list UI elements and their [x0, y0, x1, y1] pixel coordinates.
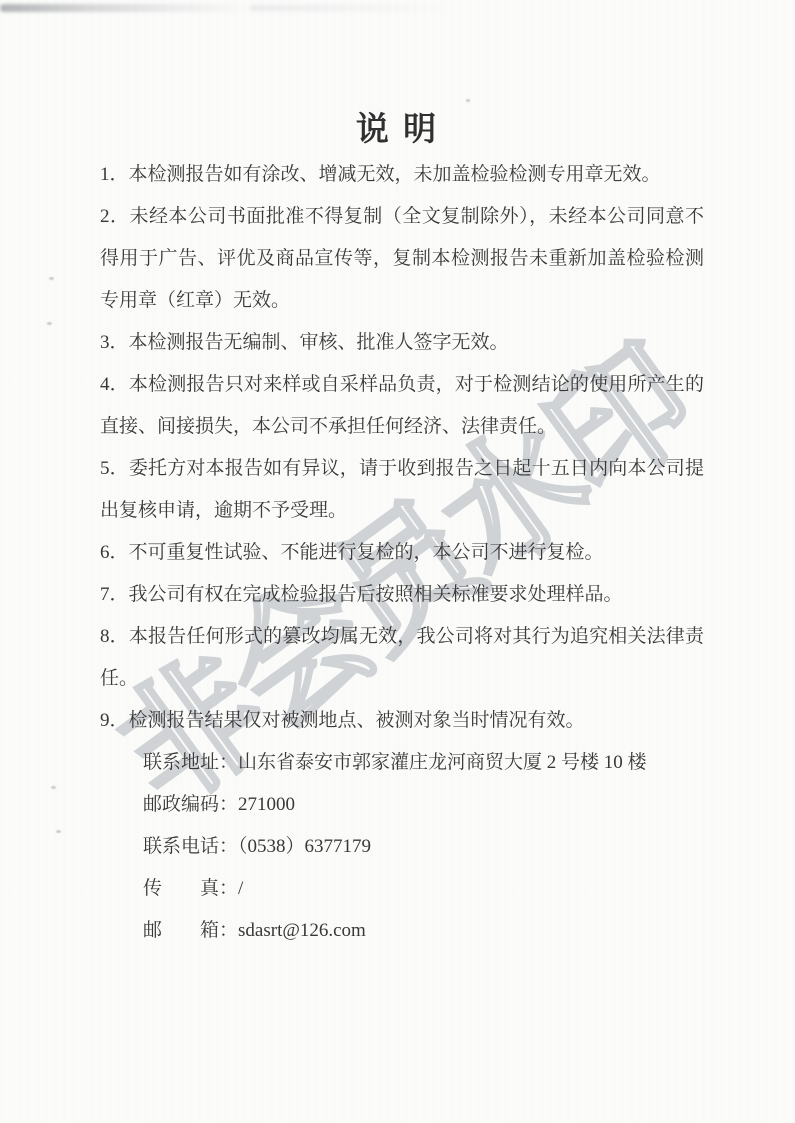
scan-speck: [51, 786, 56, 789]
contact-email-label: 邮 箱：: [143, 920, 238, 941]
note-item-4: 4．本检测报告只对来样或自采样品负责，对于检测结论的使用所产生的直接、间接损失，…: [100, 364, 704, 448]
note-item-9: 9．检测报告结果仅对被测地点、被测对象当时情况有效。: [100, 700, 704, 742]
contact-postcode: 邮政编码：271000: [143, 784, 740, 826]
contact-fax-label: 传 真：: [143, 878, 238, 899]
page-title: 说 明: [0, 103, 795, 150]
note-item-1: 1．本检测报告如有涂改、增减无效，未加盖检验检测专用章无效。: [100, 154, 704, 196]
notes-list: 1．本检测报告如有涂改、增减无效，未加盖检验检测专用章无效。 2．未经本公司书面…: [100, 154, 740, 742]
contact-address-label: 联系地址：: [143, 752, 238, 773]
contact-postcode-value: 271000: [238, 794, 295, 815]
scan-speck: [49, 277, 54, 280]
note-item-3: 3．本检测报告无编制、审核、批准人签字无效。: [100, 322, 704, 364]
contact-phone-value: （0538）6377179: [238, 836, 371, 857]
contact-info: 联系地址：山东省泰安市郭家灌庄龙河商贸大厦 2 号楼 10 楼 邮政编码：271…: [143, 742, 740, 952]
note-item-7: 7．我公司有权在完成检验报告后按照相关标准要求处理样品。: [100, 574, 704, 616]
contact-email-value: sdasrt@126.com: [238, 920, 366, 941]
note-item-2: 2．未经本公司书面批准不得复制（全文复制除外），未经本公司同意不得用于广告、评优…: [100, 196, 704, 322]
contact-fax-value: /: [238, 878, 243, 899]
contact-email: 邮 箱：sdasrt@126.com: [143, 910, 740, 952]
scan-smudge-artifact-2: [250, 5, 450, 11]
scan-speck: [56, 830, 61, 833]
scan-speck: [466, 99, 470, 102]
contact-phone-label: 联系电话：: [143, 836, 238, 857]
contact-postcode-label: 邮政编码：: [143, 794, 238, 815]
document-body: 1．本检测报告如有涂改、增减无效，未加盖检验检测专用章无效。 2．未经本公司书面…: [100, 154, 740, 952]
scan-smudge-artifact: [0, 4, 250, 12]
note-item-8: 8．本报告任何形式的篡改均属无效，我公司将对其行为追究相关法律责任。: [100, 616, 704, 700]
contact-address-value: 山东省泰安市郭家灌庄龙河商贸大厦 2 号楼 10 楼: [238, 752, 647, 773]
contact-address: 联系地址：山东省泰安市郭家灌庄龙河商贸大厦 2 号楼 10 楼: [143, 742, 740, 784]
contact-phone: 联系电话：（0538）6377179: [143, 826, 740, 868]
contact-fax: 传 真：/: [143, 868, 740, 910]
document-page: 非会员水印 说 明 1．本检测报告如有涂改、增减无效，未加盖检验检测专用章无效。…: [0, 0, 795, 1123]
scan-speck: [47, 322, 52, 325]
note-item-5: 5．委托方对本报告如有异议，请于收到报告之日起十五日内向本公司提出复核申请，逾期…: [100, 448, 704, 532]
note-item-6: 6．不可重复性试验、不能进行复检的，本公司不进行复检。: [100, 532, 704, 574]
